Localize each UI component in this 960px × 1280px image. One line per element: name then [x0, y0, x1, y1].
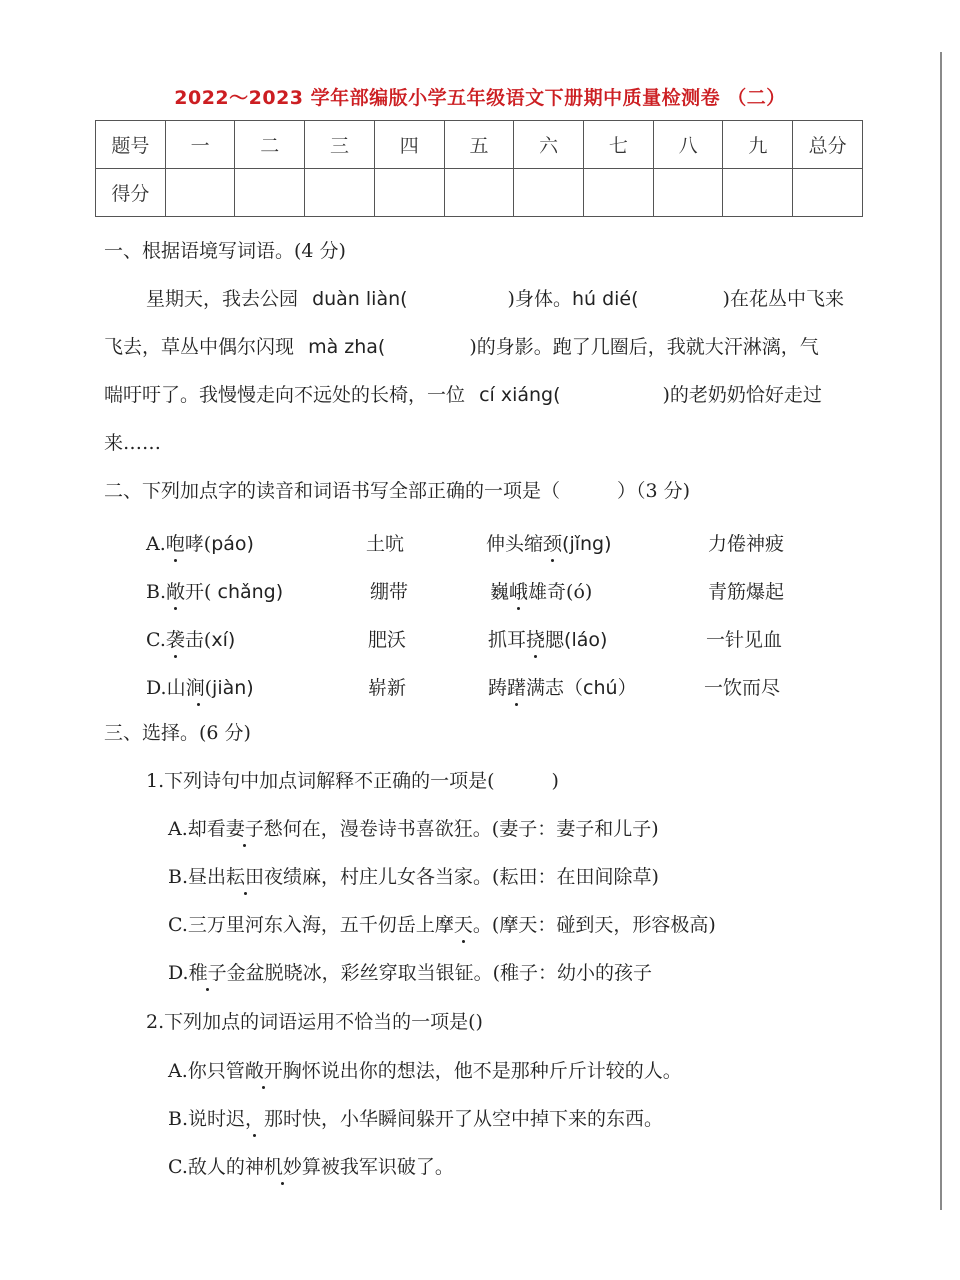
text: B.	[168, 1108, 188, 1130]
option-col3: 伸头缩颈(jǐng)	[486, 529, 612, 556]
text: 飞去，草丛中偶尔闪现	[104, 336, 294, 358]
pinyin: jiàn)	[212, 677, 254, 699]
header-label-cell: 题号	[96, 121, 166, 169]
q2-stem: 2.下列加点的词语运用不恰当的一项是()	[146, 1010, 483, 1034]
text: 被我军识破了。	[321, 1156, 454, 1178]
dotted-char: 咆	[166, 529, 185, 556]
option-col3: 巍峨雄奇(ó)	[490, 577, 592, 604]
option-col2: 肥沃	[368, 625, 406, 652]
dotted-char: 敞	[166, 577, 185, 604]
header-cell: 五	[444, 121, 514, 169]
dotted-word: 敞开	[245, 1059, 283, 1083]
dotted-word: 耘田	[226, 865, 264, 889]
score-cell[interactable]	[444, 169, 514, 217]
option-col4: 力倦神疲	[708, 529, 784, 556]
dotted-word: 说时迟，那时快	[188, 1107, 321, 1131]
option-col1: D.山涧(jiàn)	[146, 673, 254, 700]
header-cell: 八	[653, 121, 723, 169]
text: 满志	[526, 677, 564, 699]
text: 星期天，我去公园	[146, 288, 298, 310]
header-cell: 三	[305, 121, 375, 169]
text: C.三万里河东入海，五千仞岳上摩	[168, 914, 454, 936]
option-letter: C.	[146, 629, 166, 651]
text: 腮	[545, 629, 564, 651]
text: 金盆脱晓冰，彩丝穿取当银钲。(稚子：幼小的孩子	[227, 962, 652, 984]
header-cell: 九	[723, 121, 793, 169]
q2-option-a[interactable]: A.你只管敞开胸怀说出你的想法，他不是那种斤斤计较的人。	[168, 1059, 682, 1083]
score-cell[interactable]	[165, 169, 235, 217]
section3-heading: 三、选择。(6 分)	[104, 721, 251, 745]
text: 踌	[488, 677, 507, 699]
option-col1: A.咆哮(páo)	[146, 529, 254, 556]
text: )身体。	[508, 288, 572, 310]
q1-option-d[interactable]: D.稚子金盆脱晓冰，彩丝穿取当银钲。(稚子：幼小的孩子	[168, 961, 652, 985]
text: 巍	[490, 581, 509, 603]
score-cell[interactable]	[584, 169, 654, 217]
option-col2: 崭新	[368, 673, 406, 700]
option-letter: A.	[146, 533, 166, 555]
option-col4: 一饮而尽	[704, 673, 780, 700]
dotted-word: 稚子	[189, 961, 227, 985]
pinyin-prompt: mà zha(	[308, 336, 385, 358]
q1-option-b[interactable]: B.昼出耘田夜绩麻，村庄儿女各当家。(耘田：在田间除草)	[168, 865, 659, 889]
text: 抓耳	[488, 629, 526, 651]
text: 夜绩麻，村庄儿女各当家。(耘田：在田间除草)	[264, 866, 659, 888]
option-col2: 土吭	[366, 529, 404, 556]
text: C.敌人的	[168, 1156, 245, 1178]
option-letter: B.	[146, 581, 166, 603]
option-col1: B.敞开( chǎng)	[146, 577, 283, 604]
q2-option-b[interactable]: B.说时迟，那时快，小华瞬间躲开了从空中掉下来的东西。	[168, 1107, 663, 1131]
section1-line2: 飞去，草丛中偶尔闪现 mà zha()的身影。跑了几圈后，我就大汗淋漓，气	[104, 335, 819, 359]
section2-heading: 二、下列加点字的读音和词语书写全部正确的一项是（ ）（3 分)	[104, 479, 690, 503]
score-table-score-row: 得分	[96, 169, 863, 217]
text: )的身影。跑了几圈后，我就大汗淋漓，气	[469, 336, 818, 358]
q1-option-c[interactable]: C.三万里河东入海，五千仞岳上摩天。(摩天：碰到天，形容极高)	[168, 913, 716, 937]
score-cell[interactable]	[374, 169, 444, 217]
pinyin: chǎng)	[211, 581, 283, 603]
dotted-char: 躇	[507, 673, 526, 700]
score-table-header-row: 题号 一 二 三 四 五 六 七 八 九 总分	[96, 121, 863, 169]
pinyin: （chú）	[564, 677, 637, 699]
option-col4: 青筋爆起	[708, 577, 784, 604]
score-table: 题号 一 二 三 四 五 六 七 八 九 总分 得分	[95, 120, 863, 217]
section1-heading: 一、根据语境写词语。(4 分)	[104, 239, 346, 263]
pinyin-prompt: cí xiáng(	[479, 384, 560, 406]
q1-option-a[interactable]: A.却看妻子愁何在，漫卷诗书喜欲狂。(妻子：妻子和儿子)	[168, 817, 659, 841]
dotted-char: 峨	[509, 577, 528, 604]
text: B.昼出	[168, 866, 226, 888]
text: )在花丛中飞来	[723, 288, 844, 310]
option-col2: 绷带	[370, 577, 408, 604]
score-cell[interactable]	[653, 169, 723, 217]
score-cell[interactable]	[723, 169, 793, 217]
header-cell: 六	[514, 121, 584, 169]
text: 开(	[185, 581, 211, 603]
pinyin: xí)	[211, 629, 235, 651]
dotted-char: 颈	[543, 529, 562, 556]
score-label-cell: 得分	[96, 169, 166, 217]
text: 山	[167, 677, 186, 699]
text: )的老奶奶恰好走过	[663, 384, 822, 406]
header-cell: 四	[374, 121, 444, 169]
pinyin-prompt: hú dié(	[572, 288, 639, 310]
section1-line1: 星期天，我去公园 duàn liàn()身体。hú dié()在花丛中飞来	[146, 287, 844, 311]
option-col1: C.袭击(xí)	[146, 625, 235, 652]
text: 喘吁吁了。我慢慢走向不远处的长椅，一位	[104, 384, 465, 406]
pinyin: (ó)	[566, 581, 592, 603]
pinyin-prompt: duàn liàn(	[312, 288, 407, 310]
text: 。(摩天：碰到天，形容极高)	[473, 914, 716, 936]
text: ，小华瞬间躲开了从空中掉下来的东西。	[321, 1108, 663, 1130]
q2-option-c[interactable]: C.敌人的神机妙算被我军识破了。	[168, 1155, 454, 1179]
text: A.却看	[168, 818, 226, 840]
text: 击(	[185, 629, 211, 651]
header-cell: 一	[165, 121, 235, 169]
dotted-word: 妻子	[226, 817, 264, 841]
page-edge-line	[940, 52, 942, 1210]
header-cell: 二	[235, 121, 305, 169]
text: 胸怀说出你的想法，他不是那种斤斤计较的人。	[283, 1060, 682, 1082]
dotted-word: 神机妙算	[245, 1155, 321, 1179]
option-col3: 抓耳挠腮(láo)	[488, 625, 607, 652]
dotted-word: 天	[454, 913, 473, 937]
dotted-char: 挠	[526, 625, 545, 652]
text: 伸头缩	[486, 533, 543, 555]
header-cell-total: 总分	[793, 121, 863, 169]
score-cell-total[interactable]	[793, 169, 863, 217]
section1-line4: 来……	[104, 431, 161, 455]
option-col3: 踌躇满志（chú）	[488, 673, 637, 700]
text: 愁何在，漫卷诗书喜欲狂。(妻子：妻子和儿子)	[264, 818, 659, 840]
header-cell: 七	[584, 121, 654, 169]
text: D.	[168, 962, 189, 984]
score-cell[interactable]	[235, 169, 305, 217]
text: 哮(	[185, 533, 211, 555]
dotted-char: 涧(	[186, 673, 212, 700]
score-cell[interactable]	[514, 169, 584, 217]
q1-stem: 1.下列诗句中加点词解释不正确的一项是( )	[146, 769, 559, 793]
text: A.你只管	[168, 1060, 245, 1082]
exam-title: 2022～2023 学年部编版小学五年级语文下册期中质量检测卷 （二）	[0, 83, 960, 110]
option-letter: D.	[146, 677, 167, 699]
pinyin: (jǐng)	[562, 533, 612, 555]
text: 雄奇	[528, 581, 566, 603]
pinyin: (láo)	[564, 629, 607, 651]
dotted-char: 袭	[166, 625, 185, 652]
score-cell[interactable]	[305, 169, 375, 217]
pinyin: páo)	[211, 533, 254, 555]
option-col4: 一针见血	[706, 625, 782, 652]
section1-line3: 喘吁吁了。我慢慢走向不远处的长椅，一位 cí xiáng()的老奶奶恰好走过	[104, 383, 822, 407]
